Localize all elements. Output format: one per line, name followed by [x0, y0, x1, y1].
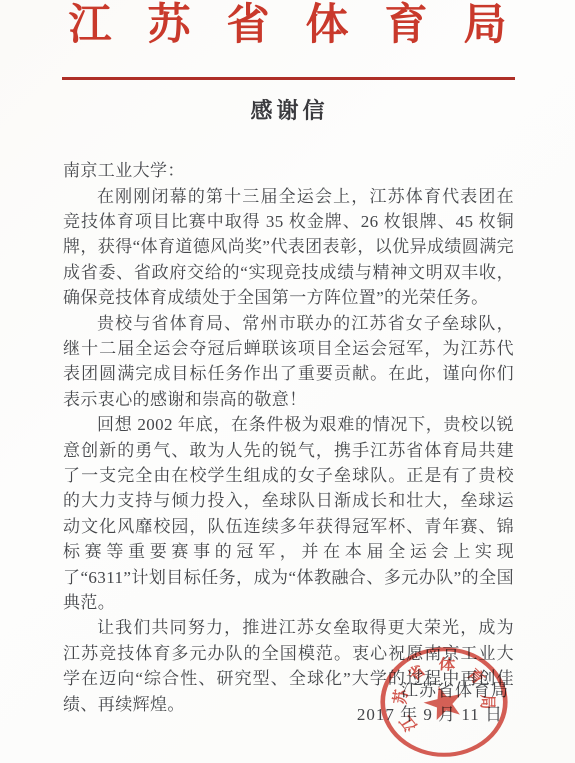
signature-block: 江苏省体育局 2017 年 9 月 11 日	[357, 679, 509, 726]
signature-org: 江苏省体育局	[357, 679, 509, 703]
letterhead-title: 江苏省体育局	[0, 0, 575, 50]
letter-title: 感谢信	[0, 94, 575, 125]
letter-page: 江苏省体育局 感谢信 南京工业大学： 在刚刚闭幕的第十三届全运会上，江苏体育代表…	[0, 0, 575, 763]
letterhead-rule	[62, 77, 515, 80]
letter-body: 南京工业大学： 在刚刚闭幕的第十三届全运会上，江苏体育代表团在竞技体育项目比赛中…	[63, 158, 514, 717]
paragraph: 在刚刚闭幕的第十三届全运会上，江苏体育代表团在竞技体育项目比赛中取得 35 枚金…	[63, 184, 514, 311]
signature-date: 2017 年 9 月 11 日	[357, 703, 509, 727]
salutation: 南京工业大学：	[63, 158, 514, 183]
paragraph: 回想 2002 年底，在条件极为艰难的情况下，贵校以锐意创新的勇气、敢为人先的锐…	[63, 412, 514, 615]
paragraph: 贵校与省体育局、常州市联办的江苏省女子垒球队，继十二届全运会夺冠后蝉联该项目全运…	[63, 311, 514, 413]
letter-paragraphs: 在刚刚闭幕的第十三届全运会上，江苏体育代表团在竞技体育项目比赛中取得 35 枚金…	[63, 184, 514, 718]
